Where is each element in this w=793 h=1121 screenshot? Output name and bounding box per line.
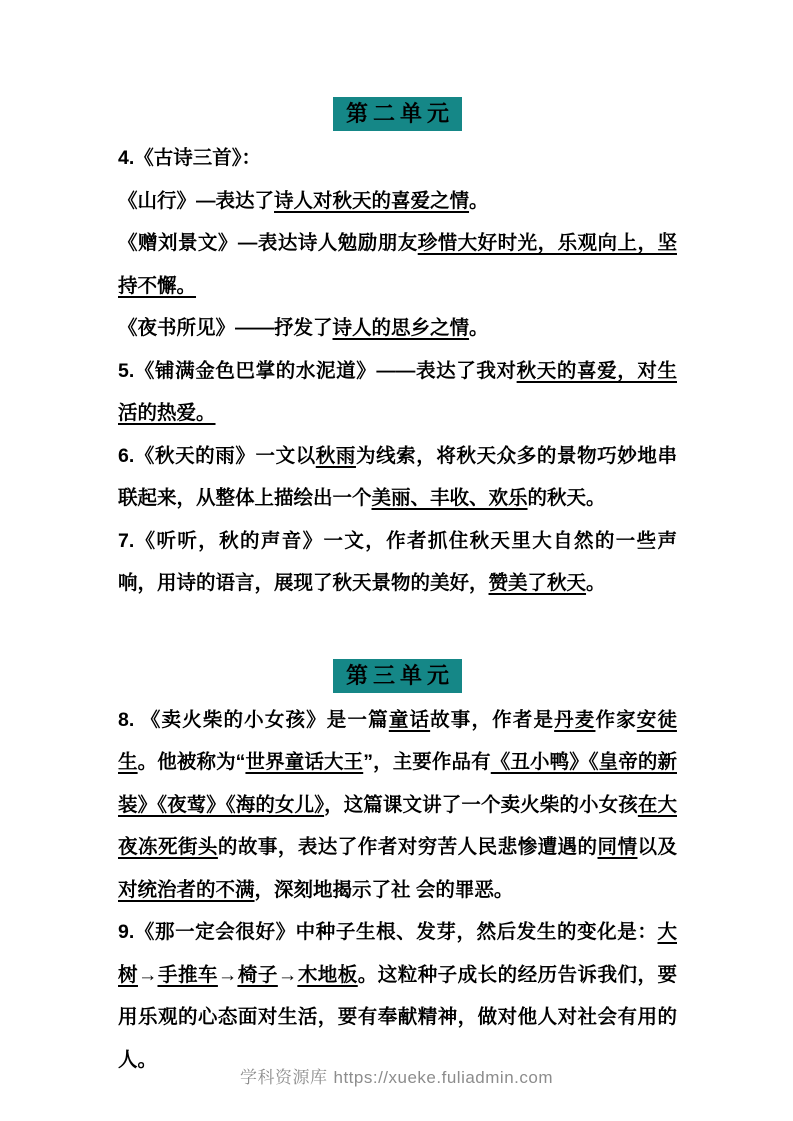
section-header-row: 第二单元: [118, 97, 677, 131]
text-run: 。: [469, 317, 489, 339]
paragraph: 《山行》—表达了诗人对秋天的喜爱之情。: [118, 180, 677, 223]
text-run: 《赠刘景文》—表达诗人勉励朋友: [118, 232, 418, 254]
text-run: 9.《那一定会很好》中种子生根、发芽，然后发生的变化是：: [118, 921, 657, 943]
underlined-text: 童话: [389, 709, 430, 731]
text-run: 《山行》—表达了: [118, 190, 274, 212]
underlined-text: 丹麦: [554, 709, 595, 731]
underlined-text: 手推车: [157, 964, 217, 986]
text-run: 故事，作者是: [430, 709, 554, 731]
text-run: 8. 《卖火柴的小女孩》是一篇: [118, 709, 389, 731]
text-run: 以及: [637, 836, 676, 858]
text-run: →: [218, 964, 238, 986]
text-run: →: [278, 964, 298, 986]
underlined-text: 椅子: [237, 964, 277, 986]
paragraph: 7.《听听，秋的声音》一文，作者抓住秋天里大自然的一些声响，用诗的语言，展现了秋…: [118, 520, 677, 605]
text-run: ，这篇课文讲了一个卖火柴的小女孩: [324, 794, 638, 816]
paragraph: 9.《那一定会很好》中种子生根、发芽，然后发生的变化是：大树→手推车→椅子→木地…: [118, 911, 677, 1081]
text-run: ”，主要作品有: [363, 751, 491, 773]
text-run: ，深刻地揭示了社 会的罪恶。: [255, 879, 514, 901]
page-footer: 学科资源库https://xueke.fuliadmin.com: [0, 1063, 793, 1088]
underlined-text: 秋雨: [316, 445, 356, 467]
text-run: 的秋天。: [528, 487, 606, 509]
text-run: 6.《秋天的雨》一文以: [118, 445, 316, 467]
underlined-text: 诗人对秋天的喜爱之情: [274, 190, 469, 212]
underlined-text: 诗人的思乡之情: [333, 317, 470, 339]
text-run: 。: [469, 190, 489, 212]
section-header-row: 第三单元: [118, 659, 677, 693]
underlined-text: 同情: [598, 836, 638, 858]
text-run: 。: [586, 572, 606, 594]
document-page: 第二单元4.《古诗三首》：《山行》—表达了诗人对秋天的喜爱之情。《赠刘景文》—表…: [0, 0, 793, 1121]
paragraph: 5.《铺满金色巴掌的水泥道》——表达了我对秋天的喜爱，对生活的热爱。: [118, 350, 677, 435]
text-run: 作家: [595, 709, 636, 731]
paragraph: 4.《古诗三首》：: [118, 137, 677, 180]
paragraph: 《夜书所见》——抒发了诗人的思乡之情。: [118, 307, 677, 350]
text-run: 。他被称为“: [138, 751, 246, 773]
paragraph: 《赠刘景文》—表达诗人勉励朋友珍惜大好时光，乐观向上，坚持不懈。: [118, 222, 677, 307]
text-run: →: [138, 964, 158, 986]
paragraph: 6.《秋天的雨》一文以秋雨为线索，将秋天众多的景物巧妙地串联起来，从整体上描绘出…: [118, 435, 677, 520]
underlined-text: 对统治者的不满: [118, 879, 255, 901]
section-header: 第三单元: [333, 659, 462, 693]
underlined-text: 木地板: [297, 964, 357, 986]
underlined-text: 赞美了秋天: [489, 572, 587, 594]
text-run: 4.《古诗三首》：: [118, 147, 261, 169]
text-run: 《夜书所见》——抒发了: [118, 317, 333, 339]
text-run: 的故事，表达了作者对穷苦人民悲惨遭遇的: [218, 836, 598, 858]
underlined-text: 美丽、丰收、欢乐: [372, 487, 528, 509]
document-content: 第二单元4.《古诗三首》：《山行》—表达了诗人对秋天的喜爱之情。《赠刘景文》—表…: [118, 97, 677, 1081]
paragraph: 8. 《卖火柴的小女孩》是一篇童话故事，作者是丹麦作家安徒生。他被称为“世界童话…: [118, 699, 677, 912]
footer-url[interactable]: https://xueke.fuliadmin.com: [334, 1068, 553, 1087]
text-run: 5.《铺满金色巴掌的水泥道》——表达了我对: [118, 360, 517, 382]
footer-site-name: 学科资源库: [240, 1068, 328, 1087]
underlined-text: 世界童话大王: [245, 751, 363, 773]
section-header: 第二单元: [333, 97, 462, 131]
